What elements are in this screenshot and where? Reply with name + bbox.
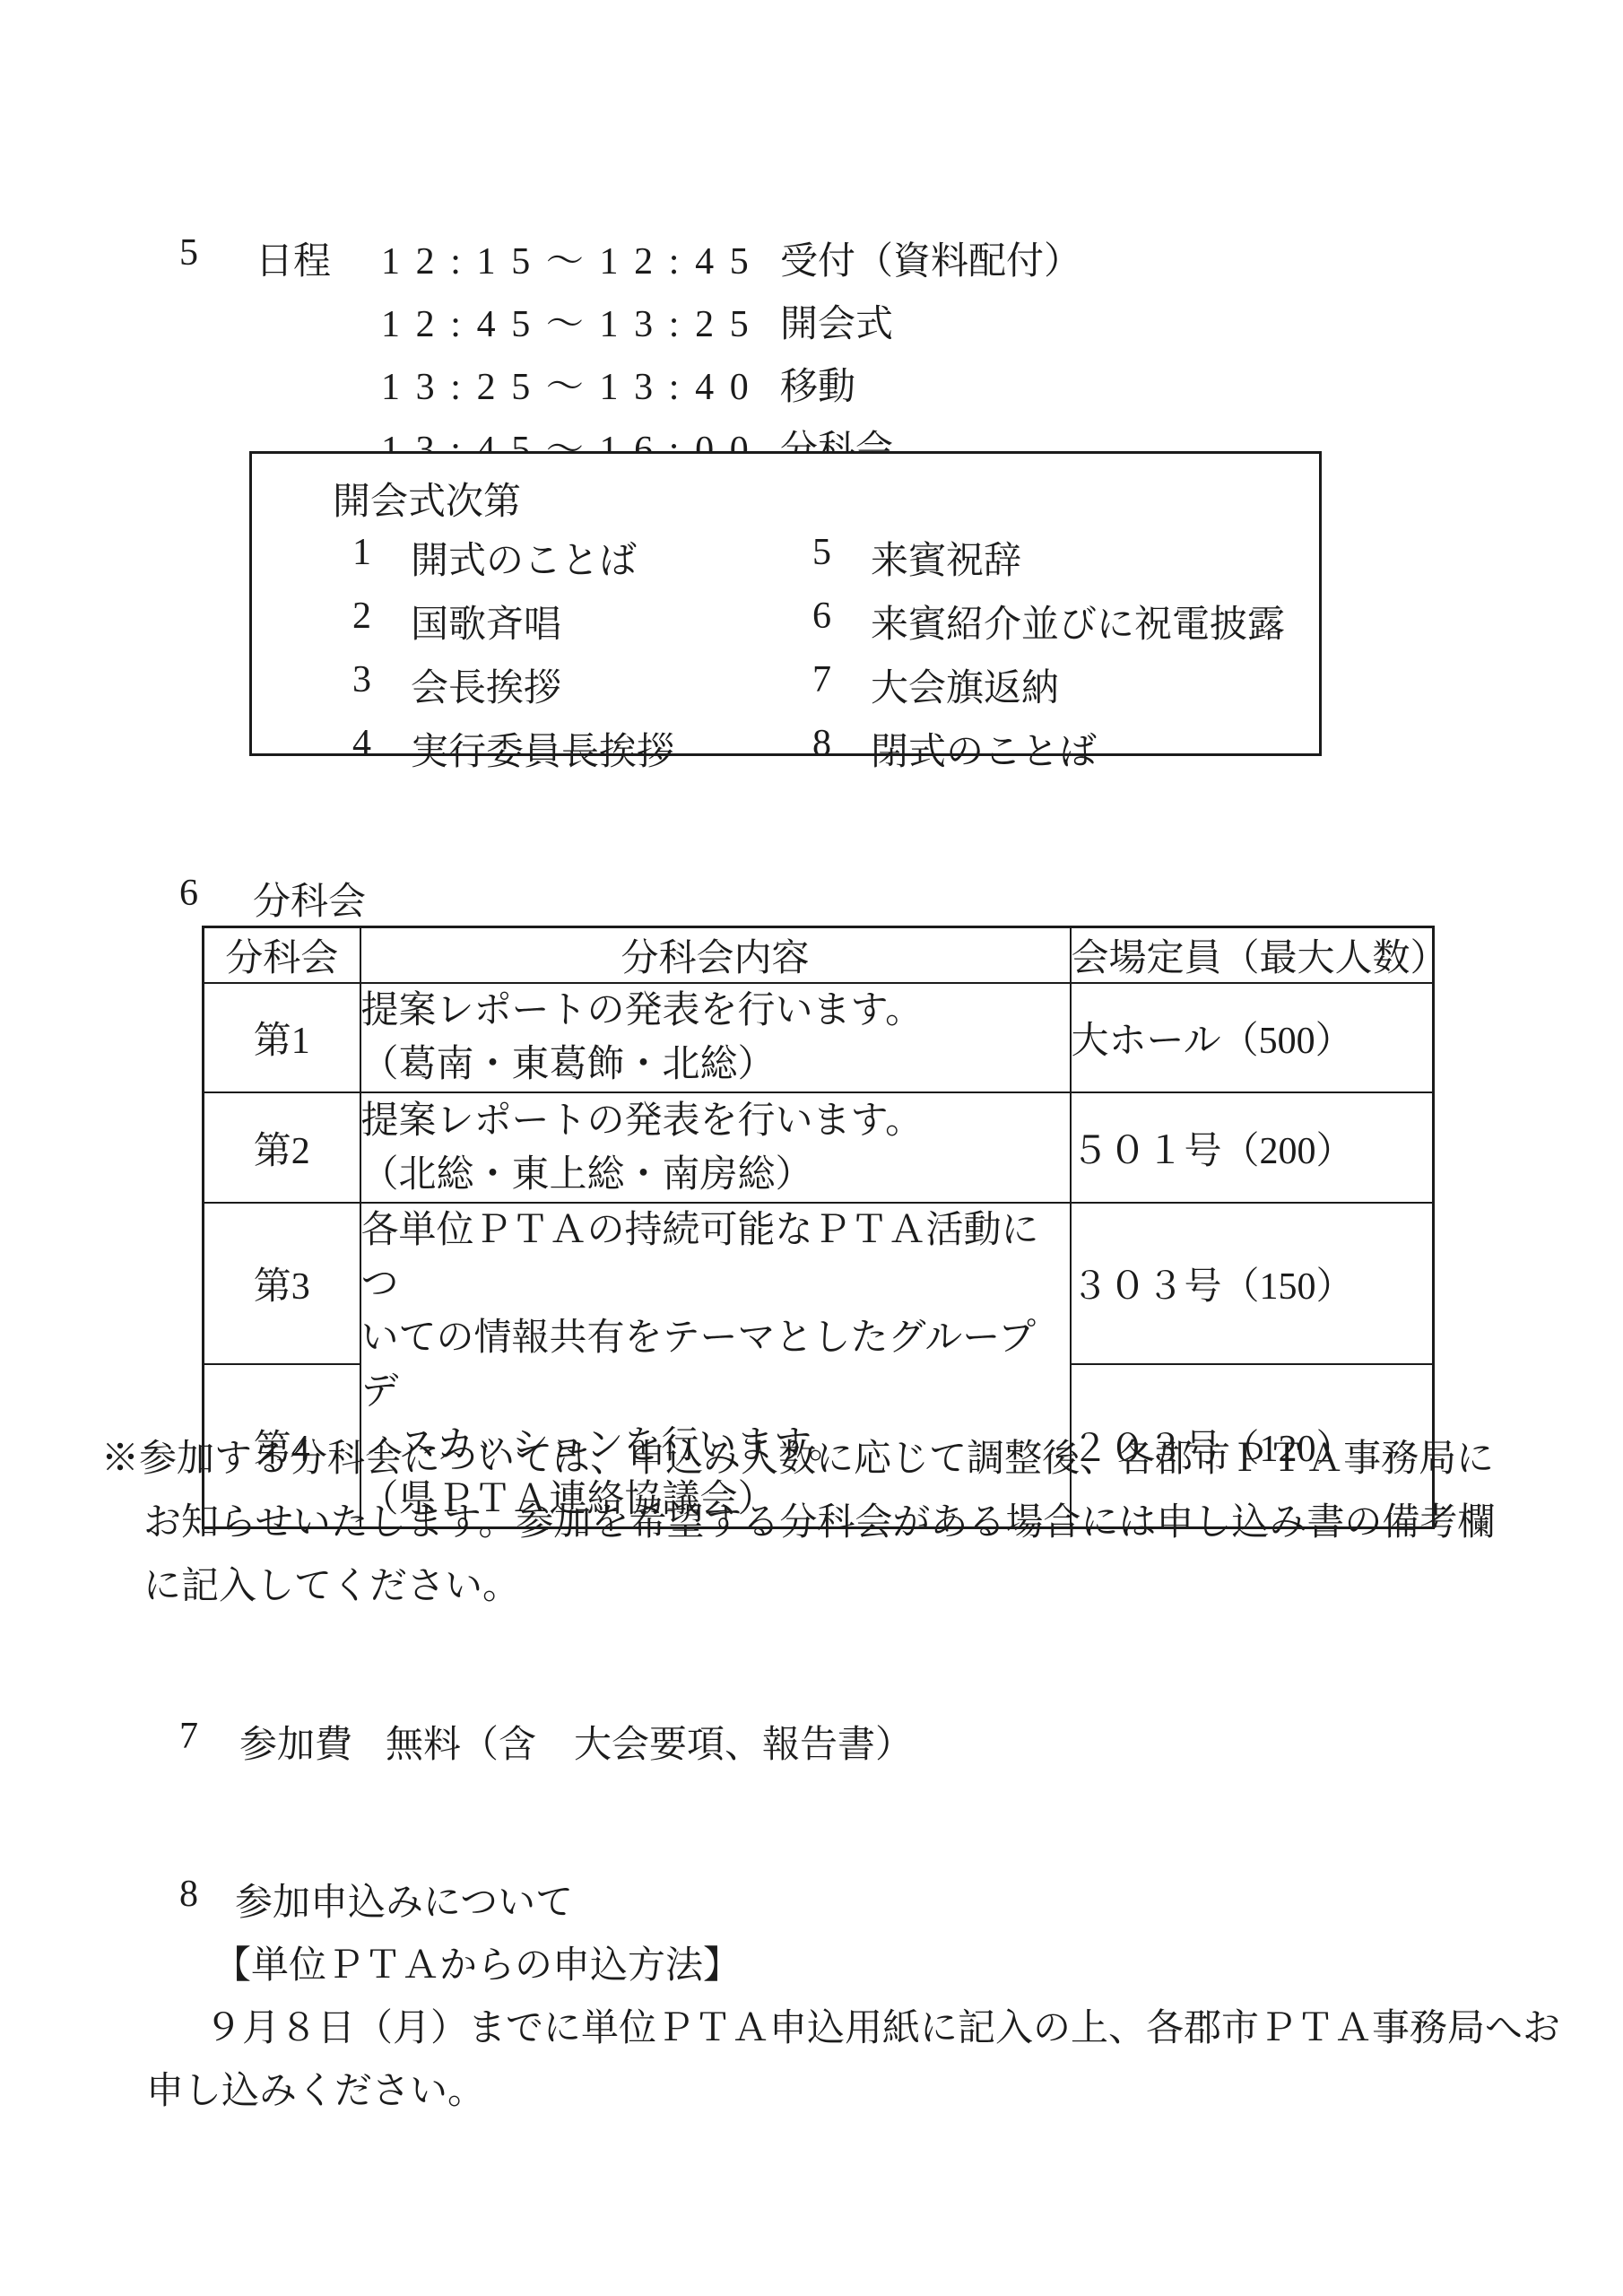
note-line: お知らせいたします。参加を希望する分科会がある場合には申し込み書の備考欄 [143, 1492, 1495, 1555]
application-line: 申し込みください。 [146, 2061, 485, 2115]
program-item-number: 4 [352, 722, 411, 786]
subcommittee-name: 第2 [204, 1092, 360, 1203]
program-item-number: 6 [812, 595, 871, 658]
schedule-time: 13:25～13:40 [381, 357, 780, 411]
application-section-header: 8 参加申込みについて [179, 1873, 573, 1926]
col-header-venue: 会場定員（最大人数） [1071, 927, 1434, 984]
subcommittee-venue: ５０１号（200） [1071, 1092, 1434, 1203]
subcommittee-note: ※参加する分科会については、申込み人数に応じて調整後、各郡市ＰＴＡ事務局に お知… [101, 1428, 1495, 1619]
schedule-time: 12:45～13:25 [381, 294, 780, 348]
program-item-text: 国歌斉唱 [411, 595, 812, 658]
schedule-row: 13:25～13:40 移動 [179, 357, 1081, 420]
program-item-number: 7 [812, 658, 871, 722]
section-label: 参加費 [239, 1715, 386, 1769]
subcommittee-content: 提案レポートの発表を行います。 （北総・東上総・南房総） [360, 1092, 1071, 1203]
note-line: ※参加する分科会については、申込み人数に応じて調整後、各郡市ＰＴＡ事務局に [101, 1428, 1495, 1492]
ceremony-box-title: 開会式次第 [333, 472, 521, 526]
subcommittee-content: 提案レポートの発表を行います。 （葛南・東葛飾・北総） [360, 983, 1071, 1092]
subcommittee-venue: 大ホール（500） [1071, 983, 1434, 1092]
table-header-row: 分科会 分科会内容 会場定員（最大人数） [204, 927, 1434, 984]
program-item-text: 来賓祝辞 [871, 531, 1285, 595]
program-item-number: 3 [352, 658, 411, 722]
schedule-row: 12:45～13:25 開会式 [179, 294, 1081, 357]
ceremony-program-list: 1 開式のことば 5 来賓祝辞 2 国歌斉唱 6 来賓紹介並びに祝電披露 3 会… [352, 531, 1285, 786]
fee-section: 7 参加費 無料（含 大会要項、報告書） [179, 1715, 913, 1769]
program-item-number: 5 [812, 531, 871, 595]
section-number: 8 [179, 1873, 235, 1926]
subcommittee-name: 第1 [204, 983, 360, 1092]
program-item-text: 来賓紹介並びに祝電披露 [871, 595, 1285, 658]
application-method-heading: 【単位ＰＴＡからの申込方法】 [213, 1935, 741, 1989]
program-item-text: 閉式のことば [871, 722, 1285, 786]
subcommittee-venue: ３０３号（150） [1071, 1203, 1434, 1364]
table-row: 第1 提案レポートの発表を行います。 （葛南・東葛飾・北総） 大ホール（500） [204, 983, 1434, 1092]
section-number: 6 [179, 872, 253, 926]
schedule-activity: 開会式 [780, 294, 893, 348]
program-item-text: 大会旗返納 [871, 658, 1285, 722]
note-line: に記入してください。 [143, 1555, 1495, 1619]
section-label: 参加申込みについて [235, 1873, 573, 1926]
ceremony-program-box: 開会式次第 1 開式のことば 5 来賓祝辞 2 国歌斉唱 6 来賓紹介並びに祝電… [249, 451, 1322, 756]
schedule-row: 5 日程 12:15～12:45 受付（資料配付） [179, 231, 1081, 294]
schedule-activity: 受付（資料配付） [780, 231, 1081, 285]
section-number: 7 [179, 1715, 239, 1769]
section-label: 日程 [256, 231, 381, 285]
table-row: 第2 提案レポートの発表を行います。 （北総・東上総・南房総） ５０１号（200… [204, 1092, 1434, 1203]
program-item-text: 会長挨拶 [411, 658, 812, 722]
schedule-activity: 移動 [780, 357, 855, 411]
schedule-section: 5 日程 12:15～12:45 受付（資料配付） 12:45～13:25 開会… [179, 231, 1081, 483]
program-item-number: 8 [812, 722, 871, 786]
section-label: 分科会 [253, 872, 366, 926]
subcommittee-section-header: 6 分科会 [179, 872, 366, 926]
application-line: ９月８日（月）までに単位ＰＴＡ申込用紙に記入の上、各郡市ＰＴＡ事務局へお [204, 1998, 1560, 2052]
schedule-time: 12:15～12:45 [381, 231, 780, 285]
fee-value: 無料（含 大会要項、報告書） [386, 1715, 913, 1769]
subcommittee-name: 第3 [204, 1203, 360, 1364]
section-number: 5 [179, 231, 256, 274]
col-header-content: 分科会内容 [360, 927, 1071, 984]
col-header-subcommittee: 分科会 [204, 927, 360, 984]
program-item-text: 実行委員長挨拶 [411, 722, 812, 786]
table-row: 第3 各単位ＰＴＡの持続可能なＰＴＡ活動につ いての情報共有をテーマとしたグルー… [204, 1203, 1434, 1364]
program-item-number: 2 [352, 595, 411, 658]
program-item-text: 開式のことば [411, 531, 812, 595]
program-item-number: 1 [352, 531, 411, 595]
document-page: 5 日程 12:15～12:45 受付（資料配付） 12:45～13:25 開会… [0, 0, 1623, 2296]
